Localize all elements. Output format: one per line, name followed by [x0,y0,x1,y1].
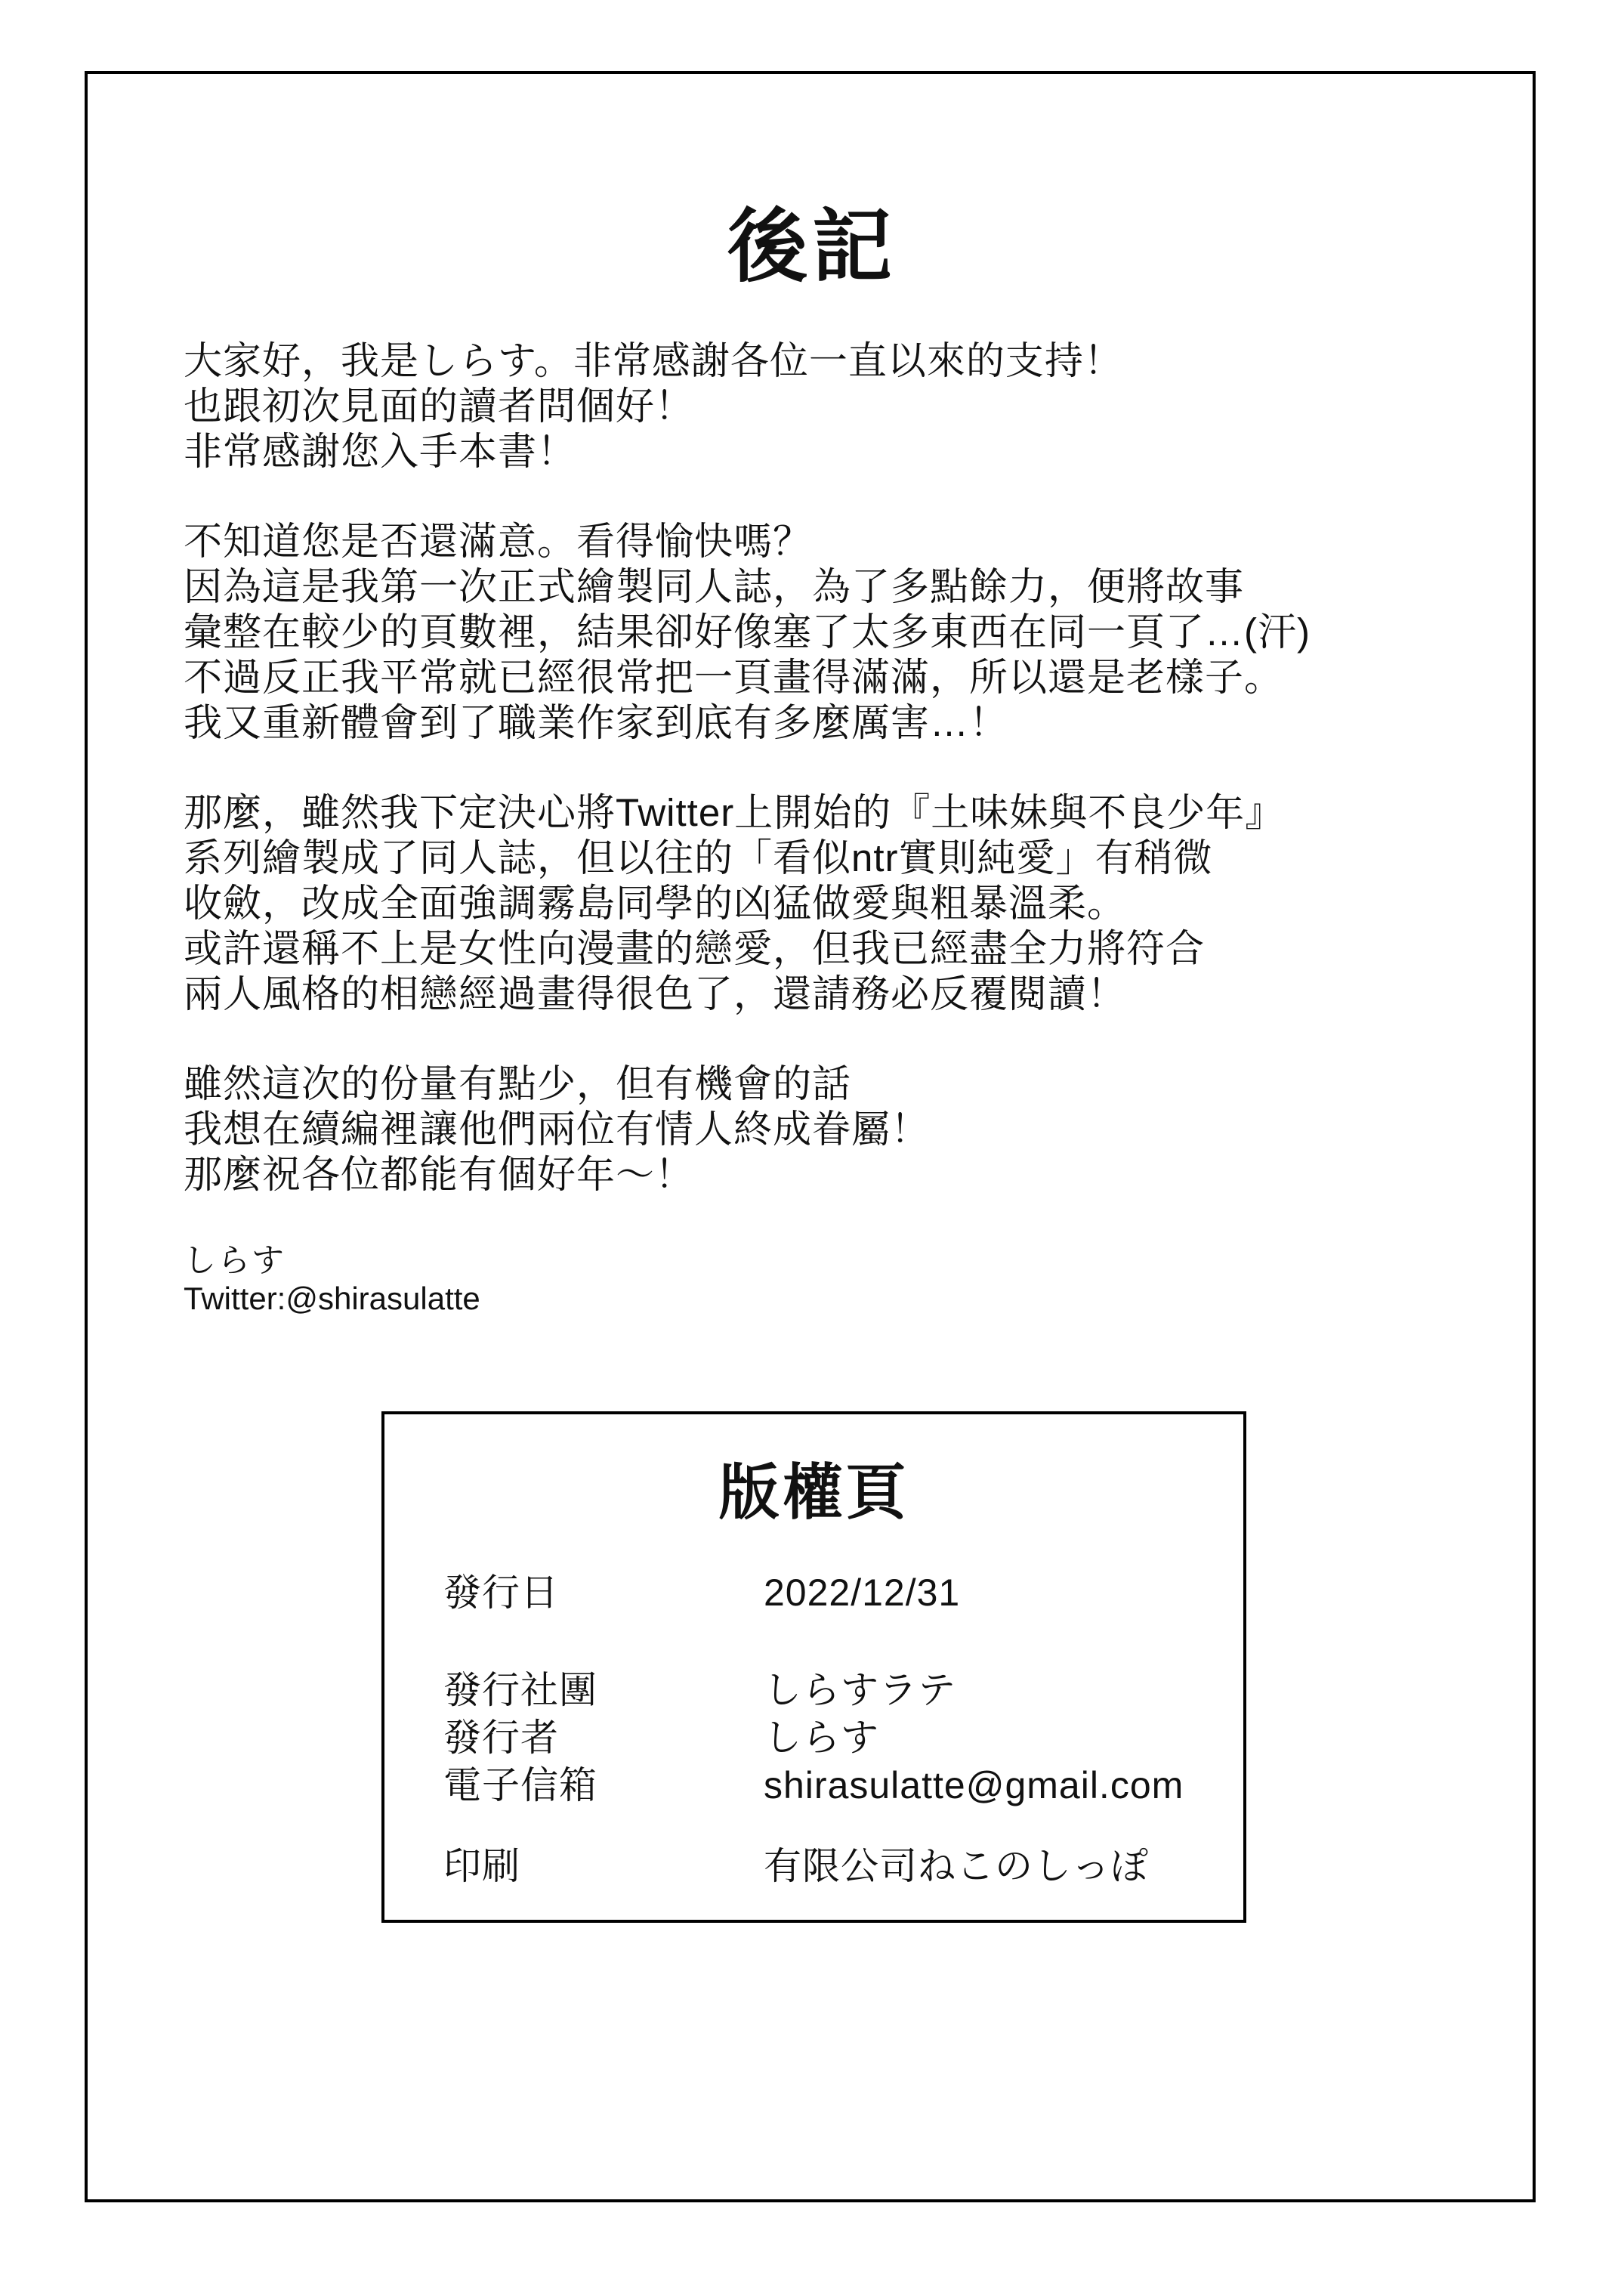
body-line: 那麼祝各位都能有個好年～！ [184,1152,1468,1197]
colophon-value: 有限公司ねこのしっぽ [764,1843,1243,1890]
paragraph-series-notes: 那麼，雖然我下定決心將Twitter上開始的『土味妹與不良少年』 系列繪製成了同… [184,790,1468,1017]
afterword-body: 大家好，我是しらす。非常感謝各位一直以來的支持！ 也跟初次見面的讀者問個好！ 非… [184,338,1468,1318]
colophon-row-publish-date: 發行日 2022/12/31 [384,1569,1243,1617]
body-line: 不知道您是否還滿意。看得愉快嗎？ [184,519,1468,564]
body-line: 大家好，我是しらす。非常感謝各位一直以來的支持！ [184,338,1468,384]
colophon-row-circle: 發行社團 しらすラテ [384,1667,1243,1714]
colophon-row-printer: 印刷 有限公司ねこのしっぽ [384,1843,1243,1890]
colophon-label: 發行者 [443,1714,764,1762]
body-line: 系列繪製成了同人誌，但以往的「看似ntr實則純愛」有稍微 [184,836,1468,881]
colophon-value: しらす [764,1714,1243,1762]
paragraph-greeting: 大家好，我是しらす。非常感謝各位一直以來的支持！ 也跟初次見面的讀者問個好！ 非… [184,338,1468,474]
colophon-box: 版權頁 發行日 2022/12/31 發行社團 しらすラテ 發行者 しらす 電子… [381,1411,1246,1923]
body-line: 或許還稱不上是女性向漫畫的戀愛，但我已經盡全力將符合 [184,926,1468,972]
author-signature: しらす Twitter:@shirasulatte [184,1242,1468,1318]
colophon-row-email: 電子信箱 shirasulatte@gmail.com [384,1762,1243,1809]
colophon-rows: 發行日 2022/12/31 發行社團 しらすラテ 發行者 しらす 電子信箱 s… [384,1569,1243,1890]
paragraph-first-doujin: 不知道您是否還滿意。看得愉快嗎？ 因為這是我第一次正式繪製同人誌，為了多點餘力，… [184,519,1468,746]
body-line: 也跟初次見面的讀者問個好！ [184,384,1468,429]
colophon-value: しらすラテ [764,1667,1243,1714]
colophon-value: shirasulatte@gmail.com [764,1762,1243,1809]
body-line: 不過反正我平常就已經很常把一頁畫得滿滿，所以還是老樣子。 [184,655,1468,700]
page-title: 後記 [0,206,1624,289]
colophon-label: 電子信箱 [443,1762,764,1809]
body-line: 雖然這次的份量有點少，但有機會的話 [184,1062,1468,1107]
body-line: 那麼，雖然我下定決心將Twitter上開始的『土味妹與不良少年』 [184,790,1468,836]
body-line: 我又重新體會到了職業作家到底有多麼厲害…！ [184,700,1468,746]
author-twitter-handle: Twitter:@shirasulatte [184,1280,1468,1318]
colophon-label: 發行日 [443,1569,764,1617]
colophon-value: 2022/12/31 [764,1569,1243,1617]
body-line: 彙整在較少的頁數裡，結果卻好像塞了太多東西在同一頁了…(汗) [184,610,1468,655]
colophon-label: 印刷 [443,1843,764,1890]
body-line: 兩人風格的相戀經過畫得很色了，還請務必反覆閱讀！ [184,972,1468,1017]
colophon-row-publisher: 發行者 しらす [384,1714,1243,1762]
body-line: 因為這是我第一次正式繪製同人誌，為了多點餘力，便將故事 [184,564,1468,610]
paragraph-closing: 雖然這次的份量有點少，但有機會的話 我想在續編裡讓他們兩位有情人終成眷屬！ 那麼… [184,1062,1468,1197]
body-line: 非常感謝您入手本書！ [184,429,1468,474]
colophon-title: 版權頁 [384,1454,1243,1532]
colophon-label: 發行社團 [443,1667,764,1714]
body-line: 我想在續編裡讓他們兩位有情人終成眷屬！ [184,1107,1468,1152]
body-line: 收斂，改成全面強調霧島同學的凶猛做愛與粗暴溫柔。 [184,881,1468,926]
author-name: しらす [184,1242,1468,1280]
afterword-page: 後記 大家好，我是しらす。非常感謝各位一直以來的支持！ 也跟初次見面的讀者問個好… [0,0,1624,2293]
